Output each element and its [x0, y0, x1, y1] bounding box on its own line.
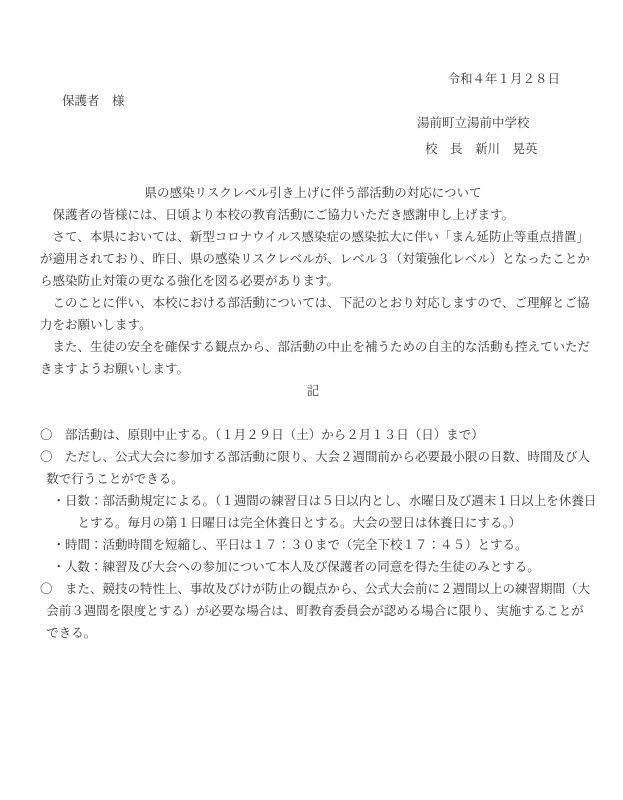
spacer	[40, 160, 603, 182]
scanned-letter-page: 令和４年１月２８日 保護者 様 湯前町立湯前中学校 校 長 新川 晃英 県の感染…	[0, 0, 623, 800]
item-sub-days: ・日数：部活動規定による。（１週間の練習日は５日以内とし、水曜日及び週末１日以上…	[40, 490, 603, 534]
item-tournament-exception: 〇 ただし、公式大会に参加する部活動に限り、大会２週間前から必要最小限の日数、時…	[40, 446, 603, 490]
item-sub-people: ・人数：練習及び大会への参加について本人及び保護者の同意を得た生徒のみとする。	[40, 556, 603, 578]
date-line: 令和４年１月２８日	[40, 68, 603, 90]
document-title: 県の感染リスクレベル引き上げに伴う部活動の対応について	[40, 182, 603, 204]
item-sub-time: ・時間：活動時間を短縮し、平日は１７：３０まで（完全下校１７：４５）とする。	[40, 534, 603, 556]
spacer	[40, 402, 603, 424]
recipient-line: 保護者 様	[40, 90, 603, 112]
sender-school: 湯前町立湯前中学校	[40, 112, 603, 134]
item-suspension: 〇 部活動は、原則中止する。（１月２９日（土）から２月１３日（日）まで）	[40, 424, 603, 446]
record-marker: 記	[40, 380, 603, 402]
paragraph-greeting: 保護者の皆様には、日頃より本校の教育活動にご協力いただき感謝申し上げます。	[40, 204, 603, 226]
sender-principal: 校 長 新川 晃英	[40, 138, 603, 160]
item-extended-practice: 〇 また、競技の特性上、事故及びけが防止の観点から、公式大会前に２週間以上の練習…	[40, 578, 603, 644]
letter-body: 令和４年１月２８日 保護者 様 湯前町立湯前中学校 校 長 新川 晃英 県の感染…	[0, 0, 623, 644]
paragraph-response: このことに伴い、本校における部活動については、下記のとおり対応しますので、ご理解…	[40, 292, 603, 336]
paragraph-background: さて、本県においては、新型コロナウイルス感染症の感染拡大に伴い「まん延防止等重点…	[40, 226, 603, 292]
paragraph-request: また、生徒の安全を確保する観点から、部活動の中止を補うための自主的な活動も控えて…	[40, 336, 603, 380]
